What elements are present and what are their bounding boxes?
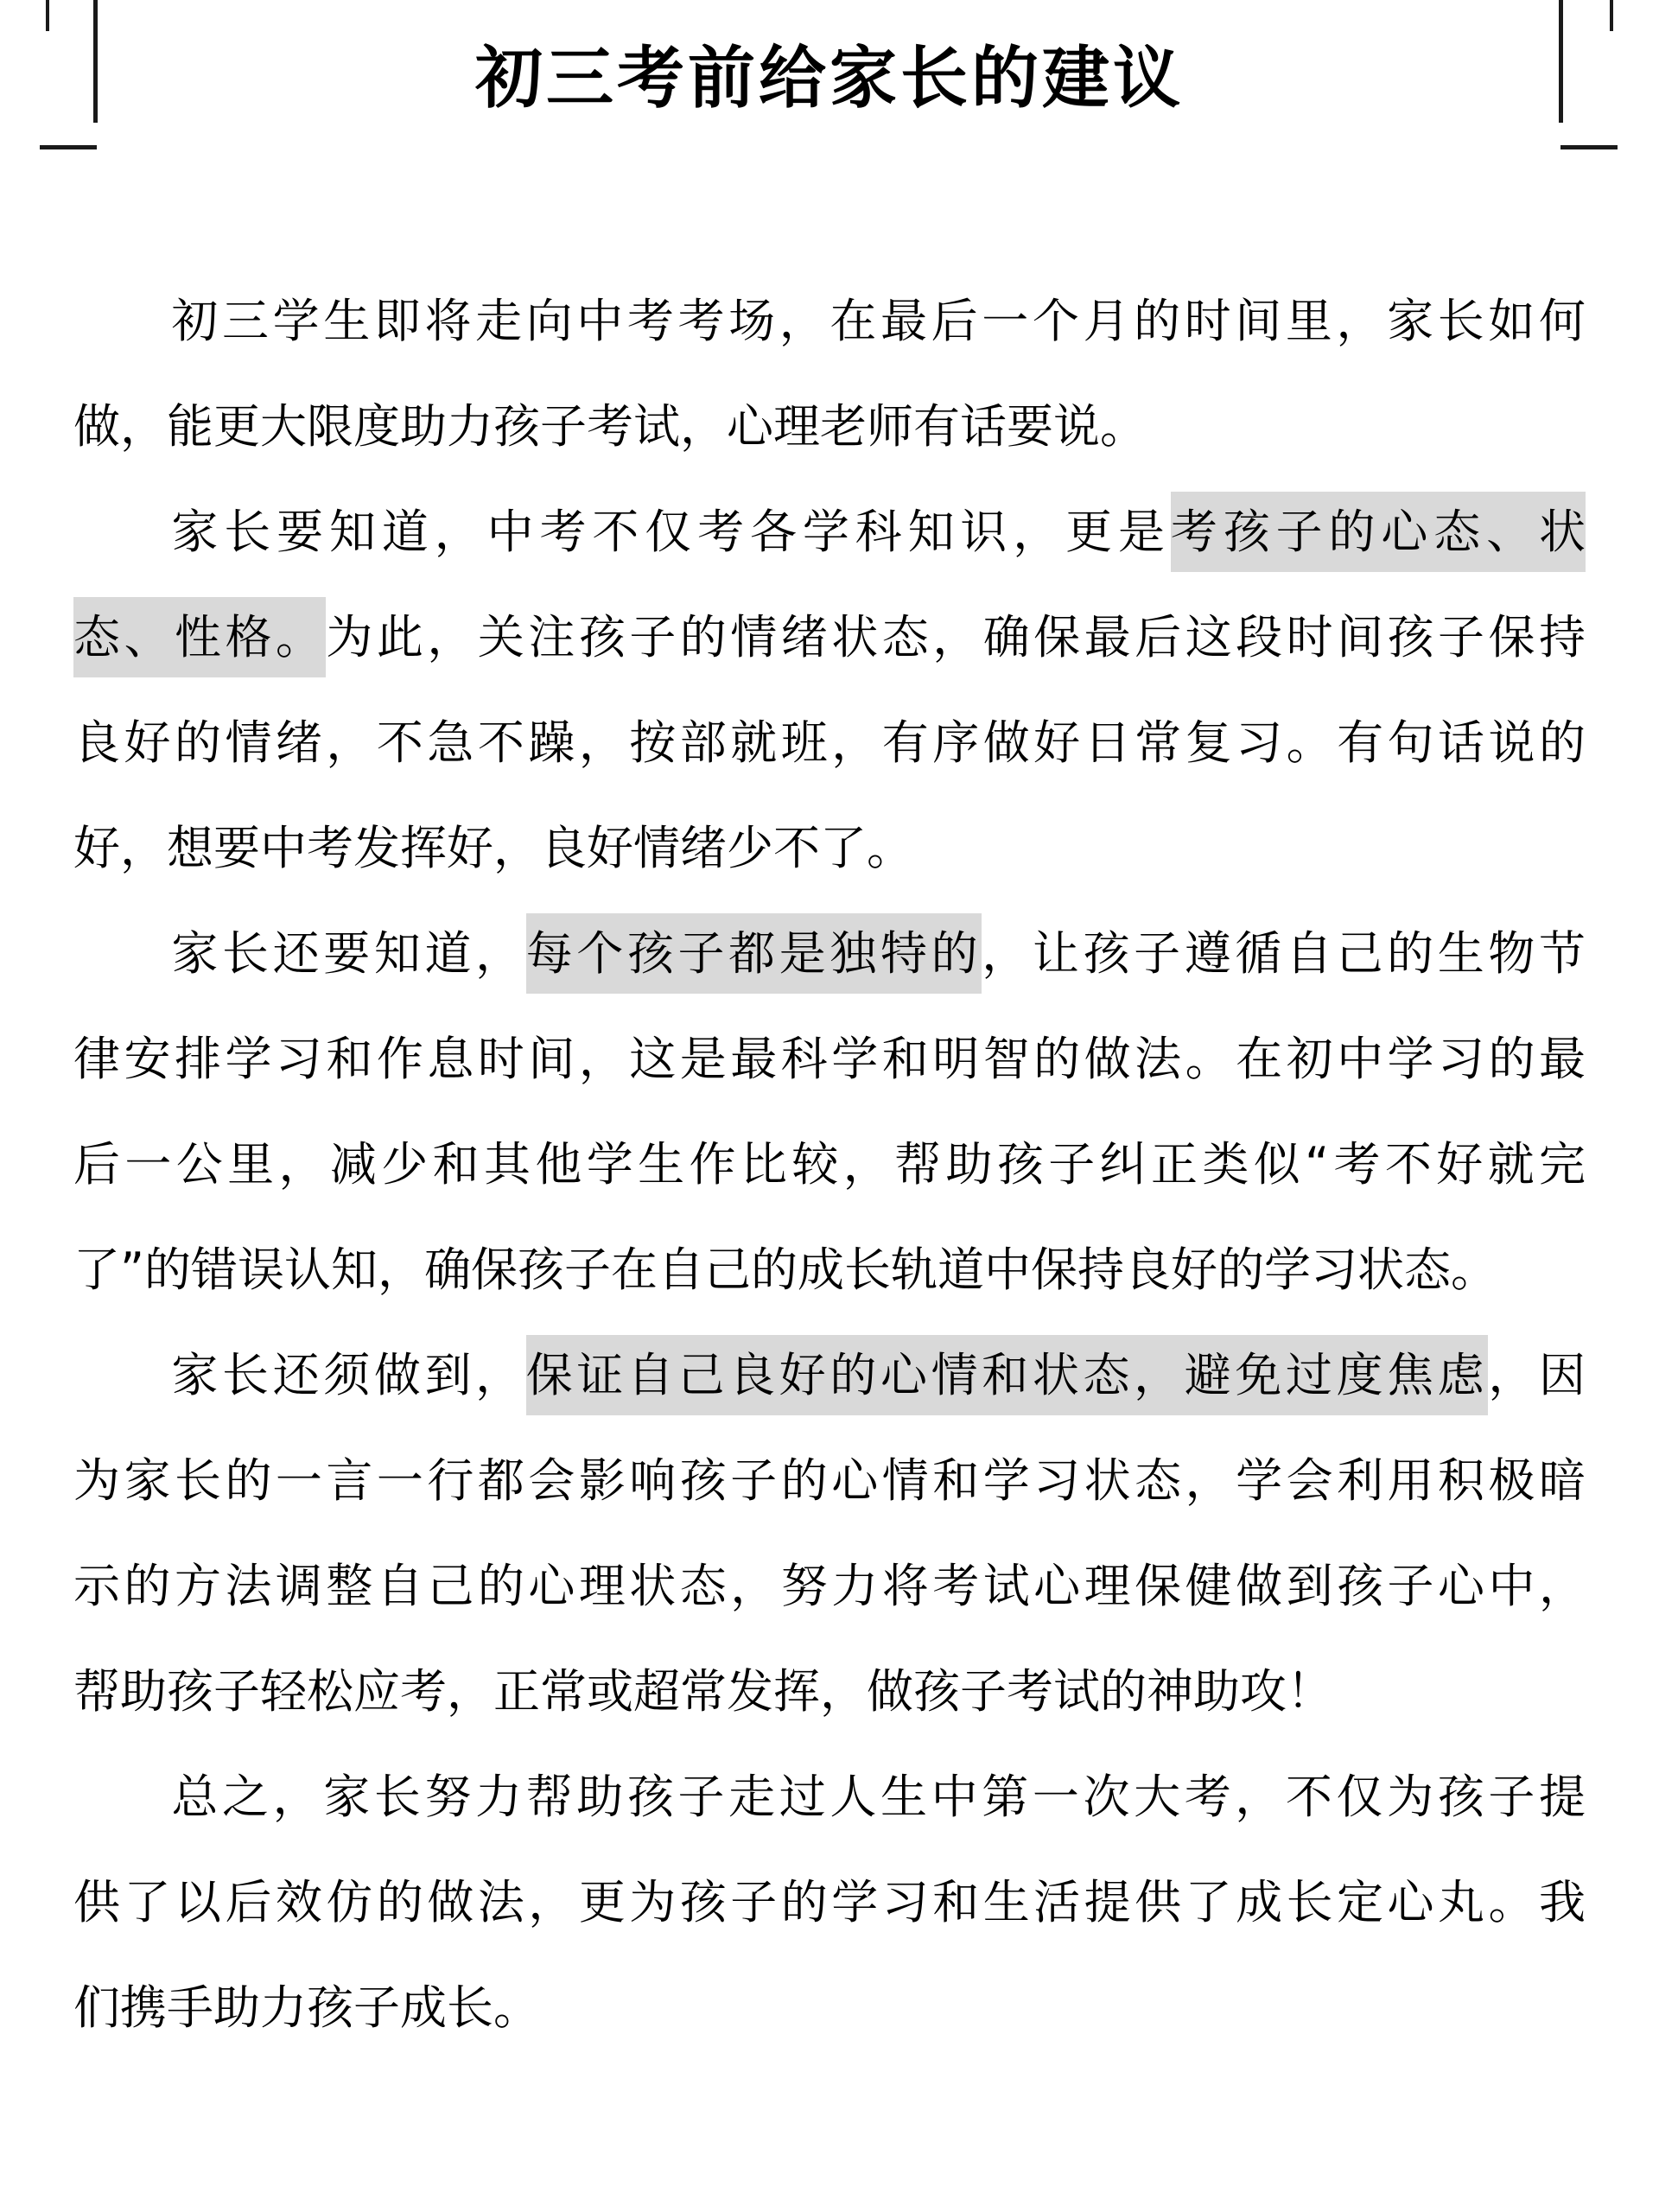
text-line: 后一公里，减少和其他学生作比较，帮助孩子纠正类似“考不好就完 — [73, 1112, 1586, 1217]
text-line: 良好的情绪，不急不躁，按部就班，有序做好日常复习。有句话说的 — [73, 690, 1586, 796]
text-line: 家长要知道，中考不仅考各学科知识，更是考孩子的心态、状 — [73, 480, 1586, 585]
highlighted-text: 态、性格。 — [73, 597, 326, 677]
highlighted-text: 每个孩子都是独特的 — [526, 913, 982, 994]
crop-mark-horizontal-top-left — [40, 145, 97, 149]
text-line: 总之，家长努力帮助孩子走过人生中第一次大考，不仅为孩子提 — [73, 1745, 1586, 1850]
crop-mark-horizontal-top-right — [1560, 145, 1618, 149]
text-segment: 家长还要知道， — [171, 926, 525, 981]
text-segment: 做，能更大限度助力孩子考试，心理老师有话要说。 — [73, 399, 1147, 454]
text-segment: 为此，关注孩子的情绪状态，确保最后这段时间孩子保持 — [326, 610, 1586, 664]
text-line: 了”的错误认知，确保孩子在自己的成长轨道中保持良好的学习状态。 — [73, 1217, 1586, 1323]
text-segment: ，因 — [1488, 1348, 1586, 1402]
text-line: 律安排学习和作息时间，这是最科学和明智的做法。在初中学习的最 — [73, 1007, 1586, 1112]
page-title: 初三考前给家长的建议 — [0, 24, 1659, 121]
text-line: 初三学生即将走向中考考场，在最后一个月的时间里，家长如何 — [73, 269, 1586, 374]
text-segment: 初三学生即将走向中考考场，在最后一个月的时间里，家长如何 — [171, 294, 1586, 348]
highlighted-text: 保证自己良好的心情和状态，避免过度焦虑 — [526, 1335, 1489, 1415]
text-segment: 示的方法调整自己的心理状态，努力将考试心理保健做到孩子心中， — [73, 1559, 1586, 1613]
text-line: 家长还要知道，每个孩子都是独特的，让孩子遵循自己的生物节 — [73, 901, 1586, 1007]
text-line: 们携手助力孩子成长。 — [73, 1955, 1586, 2061]
text-segment: 供了以后效仿的做法，更为孩子的学习和生活提供了成长定心丸。我 — [73, 1875, 1586, 1929]
text-segment: 律安排学习和作息时间，这是最科学和明智的做法。在初中学习的最 — [73, 1032, 1586, 1086]
text-segment: 良好的情绪，不急不躁，按部就班，有序做好日常复习。有句话说的 — [73, 715, 1586, 770]
text-segment: 好，想要中考发挥好，良好情绪少不了。 — [73, 821, 913, 875]
text-segment: 后一公里，减少和其他学生作比较，帮助孩子纠正类似“考不好就完 — [73, 1137, 1586, 1192]
text-line: 为家长的一言一行都会影响孩子的心情和学习状态，学会利用积极暗 — [73, 1428, 1586, 1534]
text-segment: ，让孩子遵循自己的生物节 — [982, 926, 1586, 981]
document-body: 初三学生即将走向中考考场，在最后一个月的时间里，家长如何做，能更大限度助力孩子考… — [73, 269, 1586, 2061]
text-segment: 为家长的一言一行都会影响孩子的心情和学习状态，学会利用积极暗 — [73, 1453, 1586, 1508]
text-line: 帮助孩子轻松应考，正常或超常发挥，做孩子考试的神助攻！ — [73, 1639, 1586, 1745]
text-line: 做，能更大限度助力孩子考试，心理老师有话要说。 — [73, 374, 1586, 480]
text-line: 供了以后效仿的做法，更为孩子的学习和生活提供了成长定心丸。我 — [73, 1850, 1586, 1955]
text-segment: 帮助孩子轻松应考，正常或超常发挥，做孩子考试的神助攻！ — [73, 1664, 1333, 1719]
text-segment: 家长要知道，中考不仅考各学科知识，更是 — [171, 505, 1171, 559]
text-segment: 了”的错误认知，确保孩子在自己的成长轨道中保持良好的学习状态。 — [73, 1243, 1497, 1297]
text-line: 家长还须做到，保证自己良好的心情和状态，避免过度焦虑，因 — [73, 1323, 1586, 1428]
highlighted-text: 考孩子的心态、状 — [1171, 492, 1586, 572]
text-line: 好，想要中考发挥好，良好情绪少不了。 — [73, 796, 1586, 901]
text-segment: 家长还须做到， — [171, 1348, 525, 1402]
text-segment: 们携手助力孩子成长。 — [73, 1980, 540, 2035]
text-line: 态、性格。为此，关注孩子的情绪状态，确保最后这段时间孩子保持 — [73, 585, 1586, 690]
text-line: 示的方法调整自己的心理状态，努力将考试心理保健做到孩子心中， — [73, 1534, 1586, 1639]
text-segment: 总之，家长努力帮助孩子走过人生中第一次大考，不仅为孩子提 — [171, 1770, 1586, 1824]
